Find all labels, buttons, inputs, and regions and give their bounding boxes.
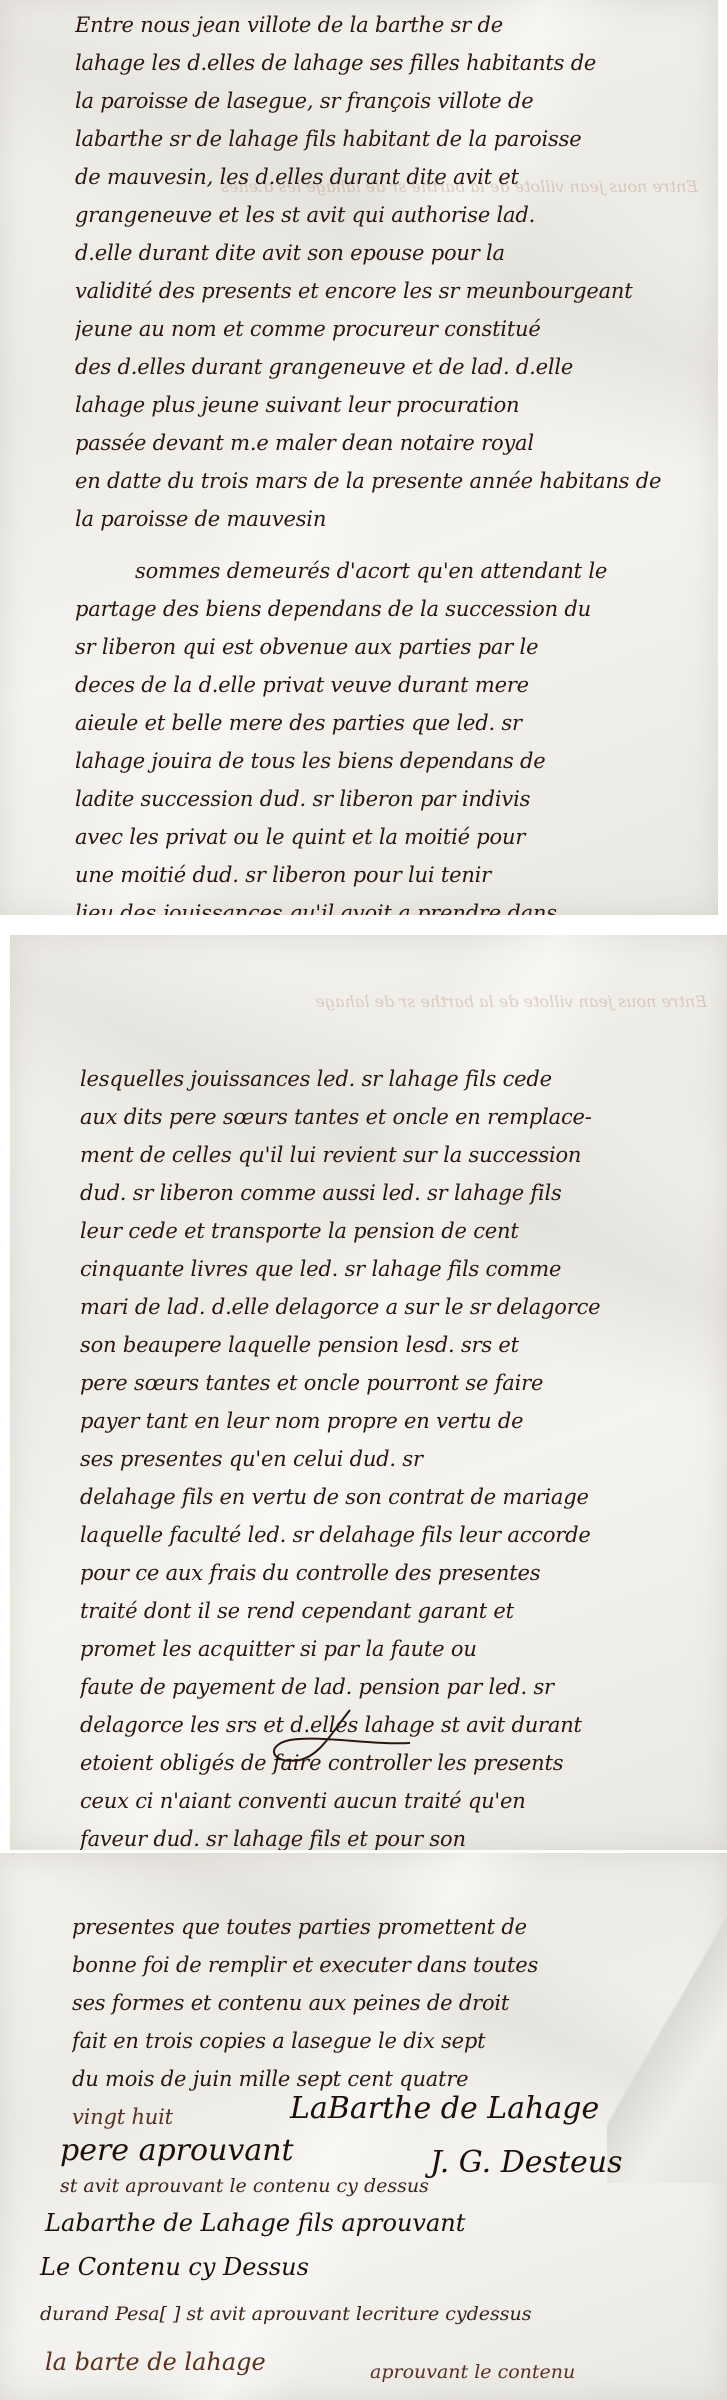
manuscript-page-3: presentes que toutes parties promettent … xyxy=(0,1853,727,2400)
text-line: aux dits pere sœurs tantes et oncle en r… xyxy=(80,1098,717,1136)
text-line: lahage jouira de tous les biens dependan… xyxy=(75,742,708,780)
text-line: traité dont il se rend cependant garant … xyxy=(80,1592,717,1630)
signature-aprouvant-le-contenu: aprouvant le contenu xyxy=(370,2361,575,2383)
manuscript-page-2: Entre nous jean villote de la barthe sr … xyxy=(10,935,727,1850)
text-line: validité des presents et encore les sr m… xyxy=(75,272,708,310)
text-line: jeune au nom et comme procureur constitu… xyxy=(75,310,708,348)
manuscript-page-1: Entre nous jean villote de la barthe sr … xyxy=(0,0,718,915)
text-line: d.elle durant dite avit son epouse pour … xyxy=(75,234,708,272)
text-line: ment de celles qu'il lui revient sur la … xyxy=(80,1136,717,1174)
text-line: ses presentes qu'en celui dud. sr xyxy=(80,1440,717,1478)
text-line: labarthe sr de lahage fils habitant de l… xyxy=(75,120,708,158)
signature-st-avit: st avit aprouvant le contenu cy dessus xyxy=(60,2175,429,2197)
text-line: cinquante livres que led. sr lahage fils… xyxy=(80,1250,717,1288)
text-line: pour ce aux frais du controlle des prese… xyxy=(80,1554,717,1592)
text-line: pere sœurs tantes et oncle pourront se f… xyxy=(80,1364,717,1402)
text-line: ladite succession dud. sr liberon par in… xyxy=(75,780,708,818)
text-line: lahage plus jeune suivant leur procurati… xyxy=(75,386,708,424)
signature-contenu-cy-dessus: Le Contenu cy Dessus xyxy=(40,2253,309,2281)
text-line: deces de la d.elle privat veuve durant m… xyxy=(75,666,708,704)
signature-durand: durand Pesa[ ] st avit aprouvant lecritu… xyxy=(40,2303,532,2325)
text-line: aieule et belle mere des parties que led… xyxy=(75,704,708,742)
text-line: fait en trois copies a lasegue le dix se… xyxy=(72,2022,717,2060)
text-line: lesquelles jouissances led. sr lahage fi… xyxy=(80,1060,717,1098)
text-line: grangeneuve et les st avit qui authorise… xyxy=(75,196,708,234)
text-line: presentes que toutes parties promettent … xyxy=(72,1908,717,1946)
text-line: lieu des jouissances qu'il avoit a prend… xyxy=(75,894,708,915)
text-line: ses formes et contenu aux peines de droi… xyxy=(72,1984,717,2022)
text-line: des d.elles durant grangeneuve et de lad… xyxy=(75,348,708,386)
text-line: de mauvesin, les d.elles durant dite avi… xyxy=(75,158,708,196)
text-line: son beaupere laquelle pension lesd. srs … xyxy=(80,1326,717,1364)
text-line: bonne foi de remplir et executer dans to… xyxy=(72,1946,717,1984)
text-line: mari de lad. d.elle delagorce a sur le s… xyxy=(80,1288,717,1326)
text-line: leur cede et transporte la pension de ce… xyxy=(80,1212,717,1250)
text-line: payer tant en leur nom propre en vertu d… xyxy=(80,1402,717,1440)
text-line: lahage les d.elles de lahage ses filles … xyxy=(75,44,708,82)
paragraph-start-line: sommes demeurés d'acort qu'en attendant … xyxy=(75,552,708,590)
text-line: laquelle faculté led. sr delahage fils l… xyxy=(80,1516,717,1554)
text-line: faute de payement de lad. pension par le… xyxy=(80,1668,717,1706)
text-line: une moitié dud. sr liberon pour lui teni… xyxy=(75,856,708,894)
text-line: dud. sr liberon comme aussi led. sr laha… xyxy=(80,1174,717,1212)
signature-la-barte-de-lahage: la barte de lahage xyxy=(45,2348,266,2376)
pen-flourish-icon xyxy=(260,1705,420,1775)
text-line: avec les privat ou le quint et la moitié… xyxy=(75,818,708,856)
text-line: la paroisse de lasegue, sr françois vill… xyxy=(75,82,708,120)
text-line: Entre nous jean villote de la barthe sr … xyxy=(75,6,708,44)
text-line: promet les acquitter si par la faute ou xyxy=(80,1630,717,1668)
text-line: passée devant m.e maler dean notaire roy… xyxy=(75,424,708,462)
signature-labarthe-fils: Labarthe de Lahage fils aprouvant xyxy=(45,2209,465,2237)
text-line: partage des biens dependans de la succes… xyxy=(75,590,708,628)
text-line: faveur dud. sr lahage fils et pour son xyxy=(80,1820,717,1850)
text-line: la paroisse de mauvesin xyxy=(75,500,708,538)
text-line: ceux ci n'aiant conventi aucun traité qu… xyxy=(80,1782,717,1820)
signature-labarthe-de-lahage: LaBarthe de Lahage xyxy=(290,2091,599,2126)
signature-pere-aprouvant: pere aprouvant xyxy=(60,2133,294,2168)
text-line: delahage fils en vertu de son contrat de… xyxy=(80,1478,717,1516)
signature-desteus: J. G. Desteus xyxy=(430,2145,622,2180)
page-1-text: Entre nous jean villote de la barthe sr … xyxy=(75,6,708,915)
text-line: en datte du trois mars de la presente an… xyxy=(75,462,708,500)
ink-bleed-through: Entre nous jean villote de la barthe sr … xyxy=(30,985,707,1019)
text-line: sr liberon qui est obvenue aux parties p… xyxy=(75,628,708,666)
